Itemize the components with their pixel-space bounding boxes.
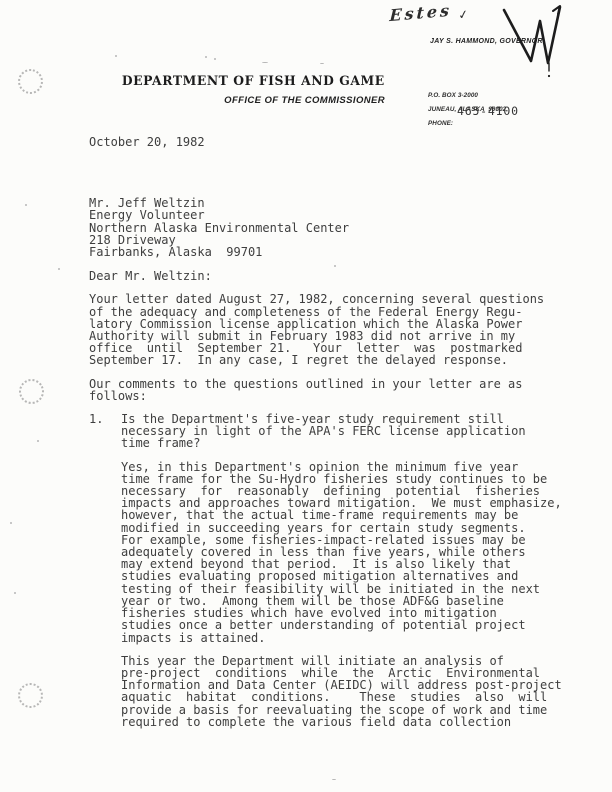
letter-line: aquatic habitat conditions. These studie…: [121, 691, 569, 703]
letter-line: of the adequacy and completeness of the …: [89, 306, 569, 318]
letter-line: however, that the actual time-frame requ…: [121, 509, 569, 521]
letter-line: required to complete the various field d…: [121, 716, 569, 728]
recipient-block: Mr. Jeff WeltzinEnergy VolunteerNorthern…: [89, 197, 569, 258]
salutation: Dear Mr. Weltzin:: [89, 270, 569, 282]
letter-block-numbered: 1.Is the Department's five-year study re…: [89, 413, 569, 450]
phone-label: PHONE:: [428, 120, 453, 127]
letter-line: Energy Volunteer: [89, 209, 569, 221]
department-title: DEPARTMENT OF FISH AND GAME: [122, 74, 385, 89]
hole-punch-mark: [13, 678, 48, 713]
scan-speck: [10, 522, 12, 524]
scan-speck: [37, 440, 39, 442]
scan-speck: [14, 592, 16, 594]
letter-line: time frame?: [121, 437, 526, 449]
list-item-text: Is the Department's five-year study requ…: [121, 413, 526, 450]
scan-speck: [25, 204, 27, 206]
letter-block-paragraph: Our comments to the questions outlined i…: [89, 378, 569, 402]
letter-body: Your letter dated August 27, 1982, conce…: [89, 293, 569, 728]
scan-speck: [332, 779, 336, 780]
hole-punch-mark: [16, 67, 46, 97]
scan-speck: [320, 63, 324, 64]
scan-speck: [262, 62, 268, 63]
letter-line: studies once a better understanding of p…: [121, 619, 569, 631]
po-box-line: P.O. BOX 3-2000: [428, 92, 478, 99]
handwritten-routing-note: Estes: [389, 1, 453, 26]
letter-block-indented: Yes, in this Department's opinion the mi…: [121, 461, 569, 644]
phone-number: 465-4100: [457, 104, 519, 118]
letter-line: Fairbanks, Alaska 99701: [89, 246, 569, 258]
date-line: October 20, 1982: [89, 136, 569, 148]
scan-speck: [205, 56, 207, 58]
letter-block-paragraph: Your letter dated August 27, 1982, conce…: [89, 293, 569, 366]
letter-line: studies evaluating proposed mitigation a…: [121, 570, 569, 582]
scan-speck: [115, 55, 117, 57]
letter-line: provide a basis for reevaluating the sco…: [121, 704, 569, 716]
list-item-number: 1.: [89, 413, 121, 450]
handwritten-check-mark: ✓: [458, 6, 469, 23]
letter-text: October 20, 1982 Mr. Jeff WeltzinEnergy …: [89, 136, 569, 728]
letter-line: follows:: [89, 390, 569, 402]
hole-punch-mark: [15, 375, 48, 408]
letter-line: impacts is attained.: [121, 632, 569, 644]
scan-speck: [58, 268, 60, 270]
letter-line: Your letter dated August 27, 1982, conce…: [89, 293, 569, 305]
letter-line: Northern Alaska Environmental Center: [89, 222, 569, 234]
scanned-letter-page: Estes ✓ JAY S. HAMMOND, GOVERNOR DEPARTM…: [0, 0, 612, 792]
scan-speck: [214, 58, 216, 60]
governor-name: JAY S. HAMMOND, GOVERNOR: [430, 38, 543, 45]
letter-line: September 17. In any case, I regret the …: [89, 354, 569, 366]
office-subtitle: OFFICE OF THE COMMISSIONER: [224, 95, 385, 106]
letter-block-indented: This year the Department will initiate a…: [121, 655, 569, 728]
letter-line: Our comments to the questions outlined i…: [89, 378, 569, 390]
